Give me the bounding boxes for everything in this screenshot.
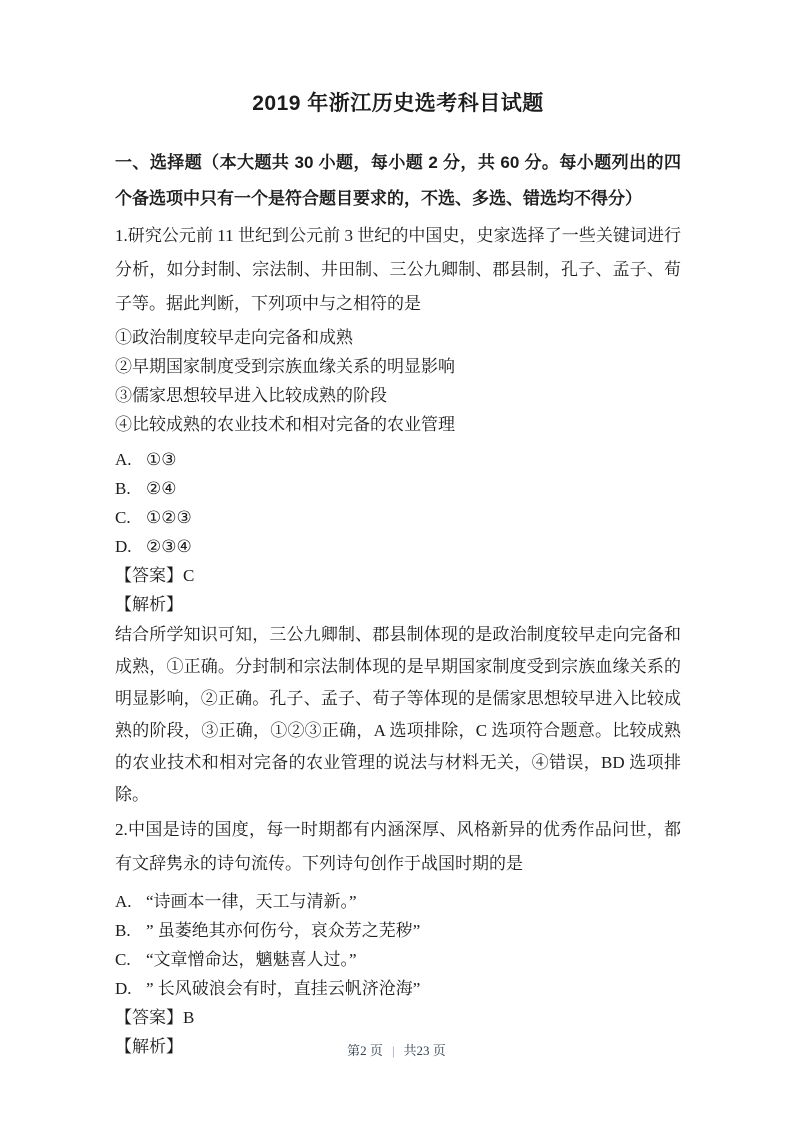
option-c-label: C.	[115, 503, 146, 532]
page-body: 2019 年浙江历史选考科目试题 一、选择题（本大题共 30 小题，每小题 2 …	[0, 0, 793, 1061]
question-2-stem: 2.中国是诗的国度，每一时期都有内涵深厚、风格新异的优秀作品问世，都有文辞隽永的…	[115, 813, 681, 881]
option-d-text: ” 长风破浪会有时，直挂云帆济沧海”	[146, 974, 420, 1003]
statement-4: ④比较成熟的农业技术和相对完备的农业管理	[115, 410, 681, 439]
answer-row: 【答案】B	[115, 1003, 681, 1032]
section-header: 一、选择题（本大题共 30 小题，每小题 2 分，共 60 分。每小题列出的四个…	[115, 145, 681, 217]
option-c-text: “文章憎命达，魑魅喜人过。”	[146, 945, 357, 974]
question-2-options: A. “诗画本一律，天工与清新。” B. ” 虽萎绝其亦何伤兮，哀众芳之芜秽” …	[115, 887, 681, 1003]
answer-value: C	[183, 566, 194, 585]
answer-label: 【答案】	[115, 566, 183, 585]
question-1: 1.研究公元前 11 世纪到公元前 3 世纪的中国史，史家选择了一些关键词进行分…	[115, 219, 681, 811]
question-2-number: 2.	[115, 820, 128, 839]
option-c-label: C.	[115, 945, 146, 974]
question-1-statements: ①政治制度较早走向完备和成熟 ②早期国家制度受到宗族血缘关系的明显影响 ③儒家思…	[115, 323, 681, 439]
answer-label: 【答案】	[115, 1008, 183, 1027]
statement-3: ③儒家思想较早进入比较成熟的阶段	[115, 381, 681, 410]
question-2: 2.中国是诗的国度，每一时期都有内涵深厚、风格新异的优秀作品问世，都有文辞隽永的…	[115, 813, 681, 1061]
option-b-text: ②④	[146, 474, 176, 503]
footer-separator: |	[392, 1043, 395, 1058]
option-a-label: A.	[115, 887, 146, 916]
question-1-options: A. ①③ B. ②④ C. ①②③ D. ②③④	[115, 445, 681, 561]
analysis-label: 【解析】	[115, 590, 681, 619]
option-a-text: “诗画本一律，天工与清新。”	[146, 887, 357, 916]
option-a-text: ①③	[146, 445, 176, 474]
document-page: 2019 年浙江历史选考科目试题 一、选择题（本大题共 30 小题，每小题 2 …	[0, 0, 793, 1122]
option-b-label: B.	[115, 916, 146, 945]
statement-2: ②早期国家制度受到宗族血缘关系的明显影响	[115, 352, 681, 381]
option-a: A. ①③	[115, 445, 681, 474]
footer-page-number: 第2 页	[347, 1043, 383, 1058]
option-b-text: ” 虽萎绝其亦何伤兮，哀众芳之芜秽”	[146, 916, 420, 945]
option-d: D. ” 长风破浪会有时，直挂云帆济沧海”	[115, 974, 681, 1003]
option-d-label: D.	[115, 974, 146, 1003]
statement-1: ①政治制度较早走向完备和成熟	[115, 323, 681, 352]
option-b: B. ” 虽萎绝其亦何伤兮，哀众芳之芜秽”	[115, 916, 681, 945]
option-c: C. ①②③	[115, 503, 681, 532]
question-1-stem-text: 研究公元前 11 世纪到公元前 3 世纪的中国史，史家选择了一些关键词进行分析，…	[115, 226, 681, 313]
option-d: D. ②③④	[115, 532, 681, 561]
option-c: C. “文章憎命达，魑魅喜人过。”	[115, 945, 681, 974]
page-footer: 第2 页|共23 页	[0, 1040, 793, 1059]
option-a-label: A.	[115, 445, 146, 474]
option-b: B. ②④	[115, 474, 681, 503]
answer-value: B	[183, 1008, 194, 1027]
analysis-text: 结合所学知识可知，三公九卿制、郡县制体现的是政治制度较早走向完备和成熟，①正确。…	[115, 619, 681, 811]
question-2-stem-text: 中国是诗的国度，每一时期都有内涵深厚、风格新异的优秀作品问世，都有文辞隽永的诗句…	[115, 820, 681, 873]
option-a: A. “诗画本一律，天工与清新。”	[115, 887, 681, 916]
option-c-text: ①②③	[146, 503, 192, 532]
option-d-label: D.	[115, 532, 146, 561]
option-b-label: B.	[115, 474, 146, 503]
option-d-text: ②③④	[146, 532, 192, 561]
exam-title: 2019 年浙江历史选考科目试题	[115, 90, 681, 117]
footer-total-pages: 共23 页	[404, 1043, 446, 1058]
answer-row: 【答案】C	[115, 561, 681, 590]
question-1-stem: 1.研究公元前 11 世纪到公元前 3 世纪的中国史，史家选择了一些关键词进行分…	[115, 219, 681, 321]
question-1-number: 1.	[115, 226, 128, 245]
